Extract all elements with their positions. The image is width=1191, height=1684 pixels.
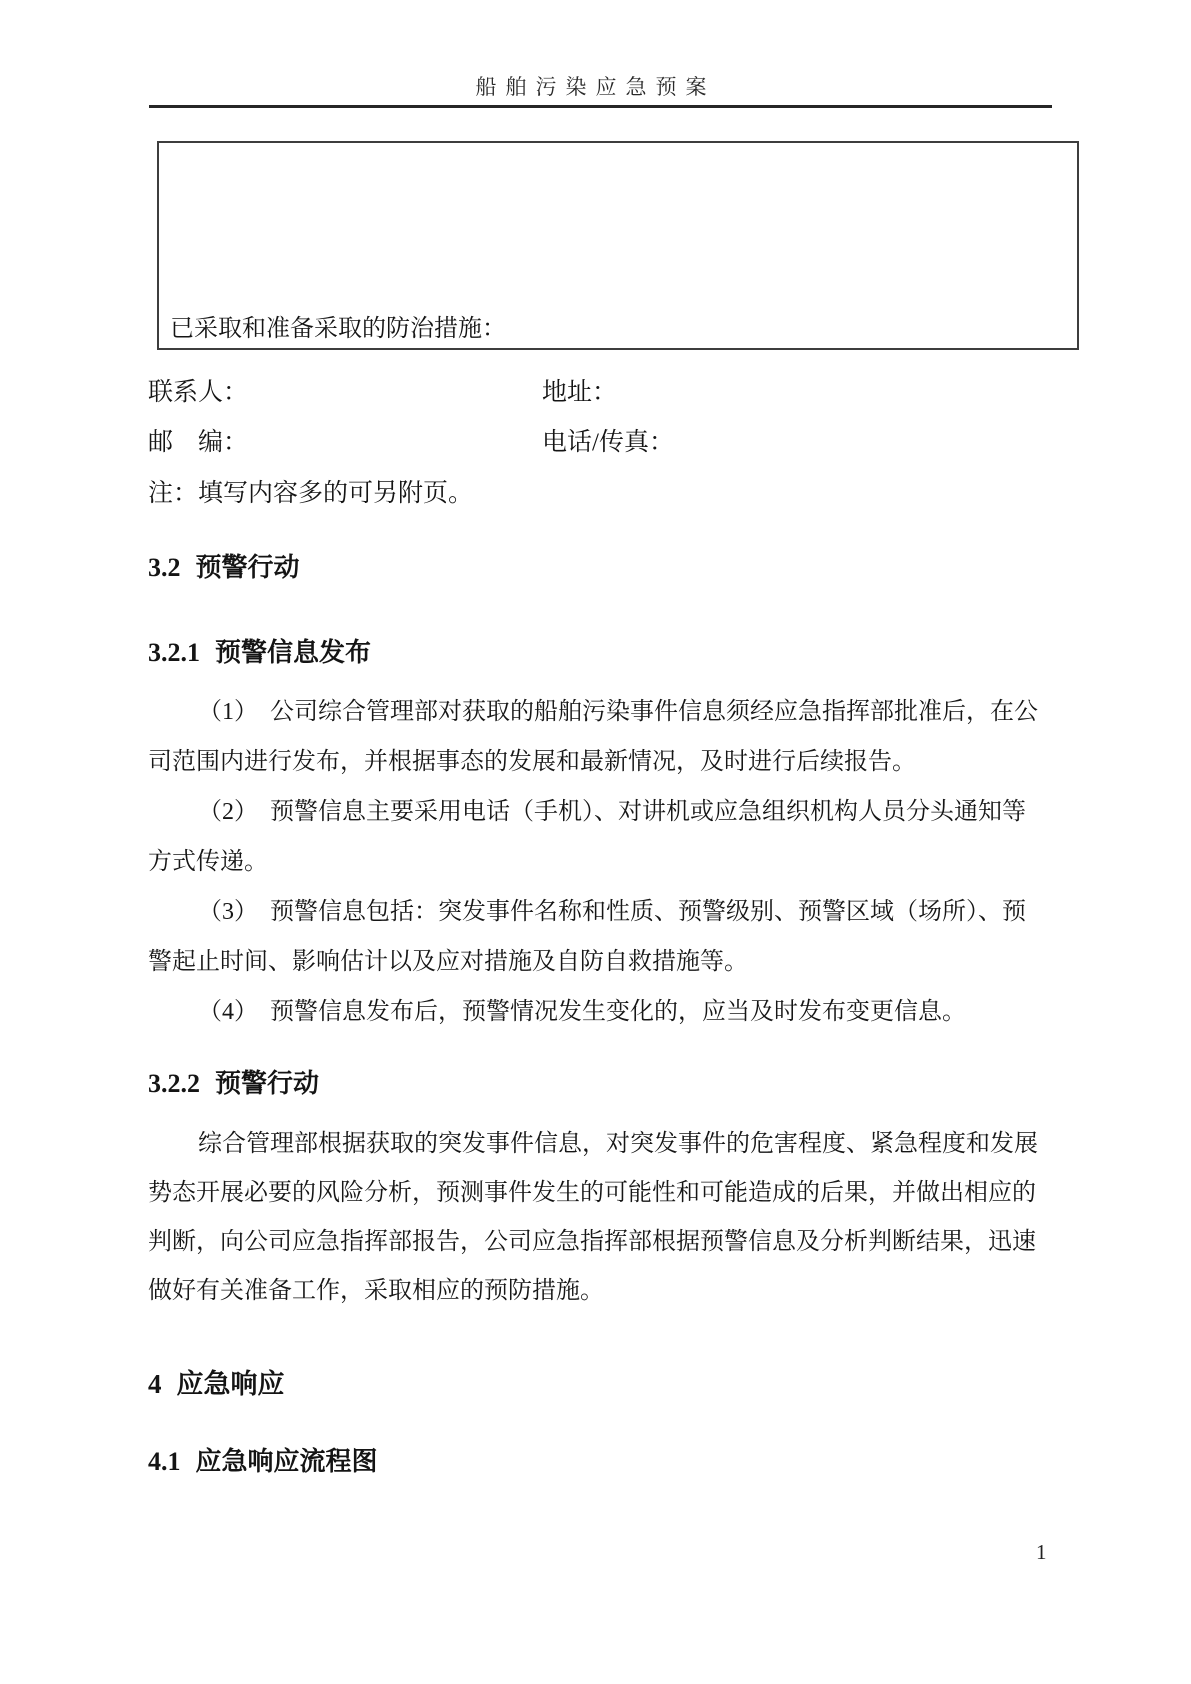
document-page: 船舶污染应急预案 已采取和准备采取的防治措施： 联系人： 地址： 邮 编： 电话… [0, 0, 1191, 1684]
section-number: 3.2.2 [148, 1069, 200, 1098]
paragraph-line: 判断，向公司应急指挥部报告，公司应急指挥部根据预警信息及分析判断结果，迅速 [148, 1218, 1054, 1267]
paragraph-warning-info-release: （1） 公司综合管理部对获取的船舶污染事件信息须经应急指挥部批准后，在公 司范围… [148, 687, 1054, 1037]
section-heading-3-2-1: 3.2.1预警信息发布 [148, 632, 371, 669]
paragraph-line: 司范围内进行发布，并根据事态的发展和最新情况，及时进行后续报告。 [148, 737, 1054, 787]
section-title: 应急响应流程图 [196, 1447, 378, 1477]
contact-row-2: 邮 编： 电话/传真： [0, 422, 1191, 454]
paragraph-line: 综合管理部根据获取的突发事件信息，对突发事件的危害程度、紧急程度和发展 [148, 1120, 1054, 1169]
paragraph-line: （1） 公司综合管理部对获取的船舶污染事件信息须经应急指挥部批准后，在公 [148, 687, 1054, 737]
postal-code-label: 邮 编： [148, 422, 248, 458]
paragraph-line: 势态开展必要的风险分析，预测事件发生的可能性和可能造成的后果，并做出相应的 [148, 1169, 1054, 1218]
section-number: 3.2.1 [148, 638, 200, 667]
section-heading-3-2: 3.2预警行动 [148, 547, 300, 584]
measures-box: 已采取和准备采取的防治措施： [157, 141, 1079, 350]
contact-person-label: 联系人： [148, 372, 248, 408]
contact-row-1: 联系人： 地址： [0, 372, 1191, 404]
section-title: 预警行动 [215, 1069, 319, 1099]
paragraph-line: （4） 预警信息发布后，预警情况发生变化的，应当及时发布变更信息。 [148, 987, 1054, 1037]
paragraph-line: （2） 预警信息主要采用电话（手机）、对讲机或应急组织机构人员分头通知等 [148, 787, 1054, 837]
paragraph-line: 警起止时间、影响估计以及应对措施及自防自救措施等。 [148, 937, 1054, 987]
measures-label: 已采取和准备采取的防治措施： [170, 308, 506, 343]
section-heading-4: 4应急响应 [148, 1362, 285, 1401]
section-number: 4.1 [148, 1447, 181, 1476]
header-title: 船舶污染应急预案 [0, 71, 1191, 101]
paragraph-warning-action: 综合管理部根据获取的突发事件信息，对突发事件的危害程度、紧急程度和发展 势态开展… [148, 1120, 1054, 1316]
header-rule [149, 105, 1052, 108]
paragraph-line: 做好有关准备工作，采取相应的预防措施。 [148, 1267, 1054, 1316]
address-label: 地址： [542, 372, 617, 408]
page-number: 1 [1036, 1540, 1047, 1565]
paragraph-line: （3） 预警信息包括：突发事件名称和性质、预警级别、预警区域（场所）、预 [148, 887, 1054, 937]
paragraph-line: 方式传递。 [148, 837, 1054, 887]
phone-fax-label: 电话/传真： [542, 422, 674, 458]
section-title: 应急响应 [177, 1369, 285, 1400]
section-number: 4 [148, 1369, 162, 1399]
section-heading-3-2-2: 3.2.2预警行动 [148, 1063, 319, 1100]
section-title: 预警行动 [196, 553, 300, 583]
section-heading-4-1: 4.1应急响应流程图 [148, 1441, 378, 1478]
form-note: 注：填写内容多的可另附页。 [148, 473, 473, 509]
section-title: 预警信息发布 [215, 638, 371, 668]
section-number: 3.2 [148, 553, 181, 582]
